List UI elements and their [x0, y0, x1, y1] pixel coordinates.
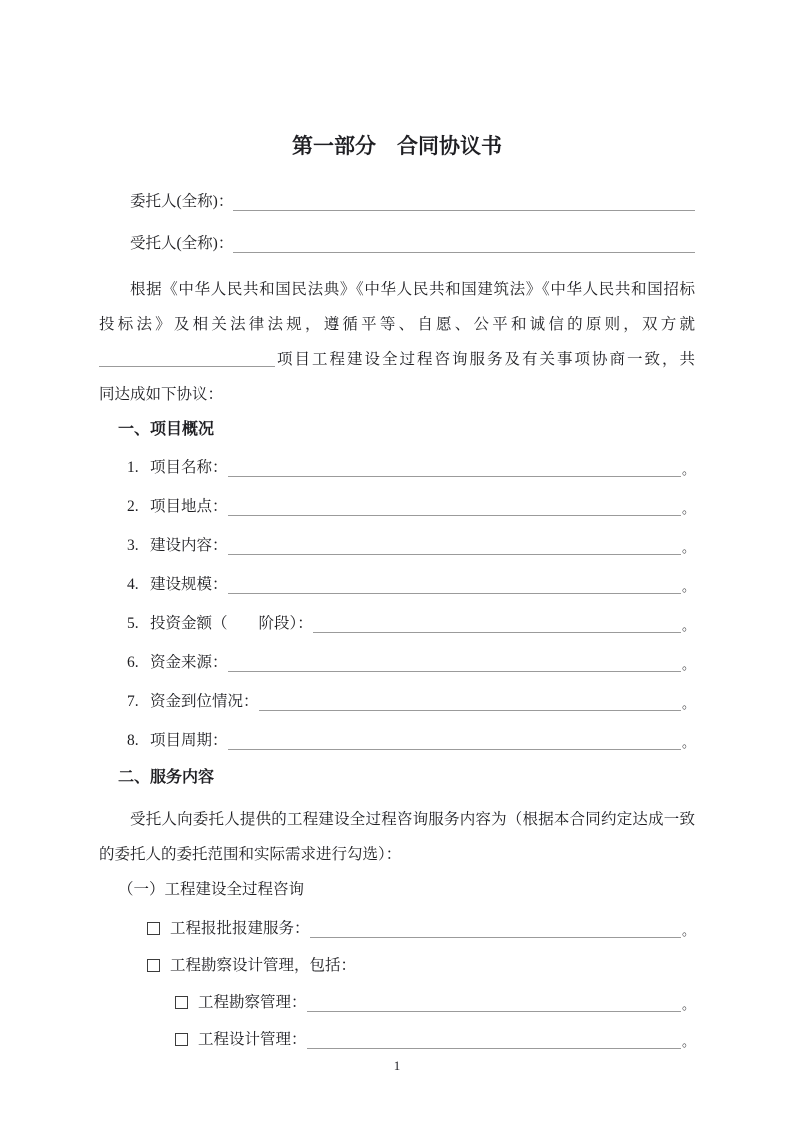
item-label: 项目地点： — [150, 494, 228, 516]
item-period: 。 — [682, 736, 695, 750]
client-fill-in-line[interactable] — [233, 190, 695, 211]
section1-heading: 一、项目概况 — [118, 418, 695, 442]
item-fill-in-line[interactable] — [313, 612, 681, 633]
checkbox-period: 。 — [682, 924, 695, 938]
item-label: 建设规模： — [150, 572, 228, 594]
checkbox-row-design-management: 工程设计管理： 。 — [175, 1027, 695, 1049]
checkbox-row-survey-design-management: 工程勘察设计管理，包括： — [147, 953, 695, 975]
item-row-project-name: 1. 项目名称： 。 — [127, 454, 695, 477]
item-number: 2. — [127, 498, 150, 516]
item-fill-in-line[interactable] — [228, 651, 681, 672]
approval-service-checkbox[interactable] — [147, 922, 160, 935]
item-number: 6. — [127, 654, 150, 672]
intro-line-3: 项目工程建设全过程咨询服务及有关事项协商一致，共 — [99, 342, 695, 377]
item-row-investment-amount: 5. 投资金额（ 阶段）： 。 — [127, 610, 695, 633]
trustee-label: 受托人(全称)： — [130, 231, 233, 253]
service-intro-line-1: 受托人向委托人提供的工程建设全过程咨询服务内容为（根据本合同约定达成一致 — [99, 802, 695, 837]
item-number: 3. — [127, 537, 150, 555]
item-period: 。 — [682, 580, 695, 594]
item-row-project-period: 8. 项目周期： 。 — [127, 727, 695, 750]
checkbox-fill-in-line[interactable] — [310, 917, 681, 938]
client-name-row: 委托人(全称)： — [130, 188, 695, 211]
intro-line-2: 投标法》及相关法律法规，遵循平等、自愿、公平和诚信的原则，双方就 — [99, 307, 695, 342]
item-fill-in-line[interactable] — [228, 456, 681, 477]
checkbox-fill-in-line[interactable] — [307, 991, 681, 1012]
service-intro-line-2: 的委托人的委托范围和实际需求进行勾选）： — [99, 837, 695, 872]
checkbox-label: 工程设计管理： — [198, 1027, 307, 1049]
trustee-fill-in-line[interactable] — [233, 232, 695, 253]
trustee-name-row: 受托人(全称)： — [130, 230, 695, 253]
item-fill-in-line[interactable] — [259, 690, 681, 711]
item-label: 项目周期： — [150, 728, 228, 750]
client-label: 委托人(全称)： — [130, 189, 233, 211]
item-fill-in-line[interactable] — [228, 729, 681, 750]
item-period: 。 — [682, 541, 695, 555]
intro-line-3-text: 项目工程建设全过程咨询服务及有关事项协商一致，共 — [275, 351, 695, 368]
checkbox-label: 工程报批报建服务： — [170, 916, 310, 938]
checkbox-row-approval-service: 工程报批报建服务： 。 — [147, 916, 695, 938]
intro-line-1: 根据《中华人民共和国民法典》《中华人民共和国建筑法》《中华人民共和国招标 — [99, 272, 695, 307]
contract-document-page: 第一部分 合同协议书 委托人(全称)： 受托人(全称)： 根据《中华人民共和国民… — [0, 0, 794, 1122]
item-label: 资金到位情况： — [150, 689, 259, 711]
item-fill-in-line[interactable] — [228, 495, 681, 516]
item-row-funding-status: 7. 资金到位情况： 。 — [127, 688, 695, 711]
item-number: 7. — [127, 693, 150, 711]
subsection-heading: （一）工程建设全过程咨询 — [118, 878, 695, 902]
checkbox-row-survey-management: 工程勘察管理： 。 — [175, 990, 695, 1012]
item-number: 5. — [127, 615, 150, 633]
item-fill-in-line[interactable] — [228, 534, 681, 555]
item-number: 4. — [127, 576, 150, 594]
survey-design-management-checkbox[interactable] — [147, 959, 160, 972]
checkbox-fill-in-line[interactable] — [307, 1028, 681, 1049]
section2-heading: 二、服务内容 — [118, 766, 695, 790]
project-name-fill-in-line[interactable] — [99, 352, 275, 367]
design-management-checkbox[interactable] — [175, 1033, 188, 1046]
item-label: 建设内容： — [150, 533, 228, 555]
item-period: 。 — [682, 463, 695, 477]
checkbox-label: 工程勘察管理： — [198, 990, 307, 1012]
item-number: 1. — [127, 459, 150, 477]
item-row-construction-content: 3. 建设内容： 。 — [127, 532, 695, 555]
item-fill-in-line[interactable] — [228, 573, 681, 594]
document-title: 第一部分 合同协议书 — [99, 132, 695, 162]
item-row-funding-source: 6. 资金来源： 。 — [127, 649, 695, 672]
checkbox-period: 。 — [682, 998, 695, 1012]
intro-line-4: 同达成如下协议： — [99, 377, 695, 412]
item-period: 。 — [682, 697, 695, 711]
item-period: 。 — [682, 658, 695, 672]
item-period: 。 — [682, 502, 695, 516]
survey-management-checkbox[interactable] — [175, 996, 188, 1009]
checkbox-period: 。 — [682, 1035, 695, 1049]
checkbox-label: 工程勘察设计管理，包括： — [170, 953, 356, 975]
page-number: 1 — [99, 1057, 695, 1075]
item-number: 8. — [127, 732, 150, 750]
item-label: 投资金额（ 阶段）： — [150, 611, 313, 633]
item-period: 。 — [682, 619, 695, 633]
item-label: 项目名称： — [150, 455, 228, 477]
item-row-construction-scale: 4. 建设规模： 。 — [127, 571, 695, 594]
item-label: 资金来源： — [150, 650, 228, 672]
item-row-project-location: 2. 项目地点： 。 — [127, 493, 695, 516]
